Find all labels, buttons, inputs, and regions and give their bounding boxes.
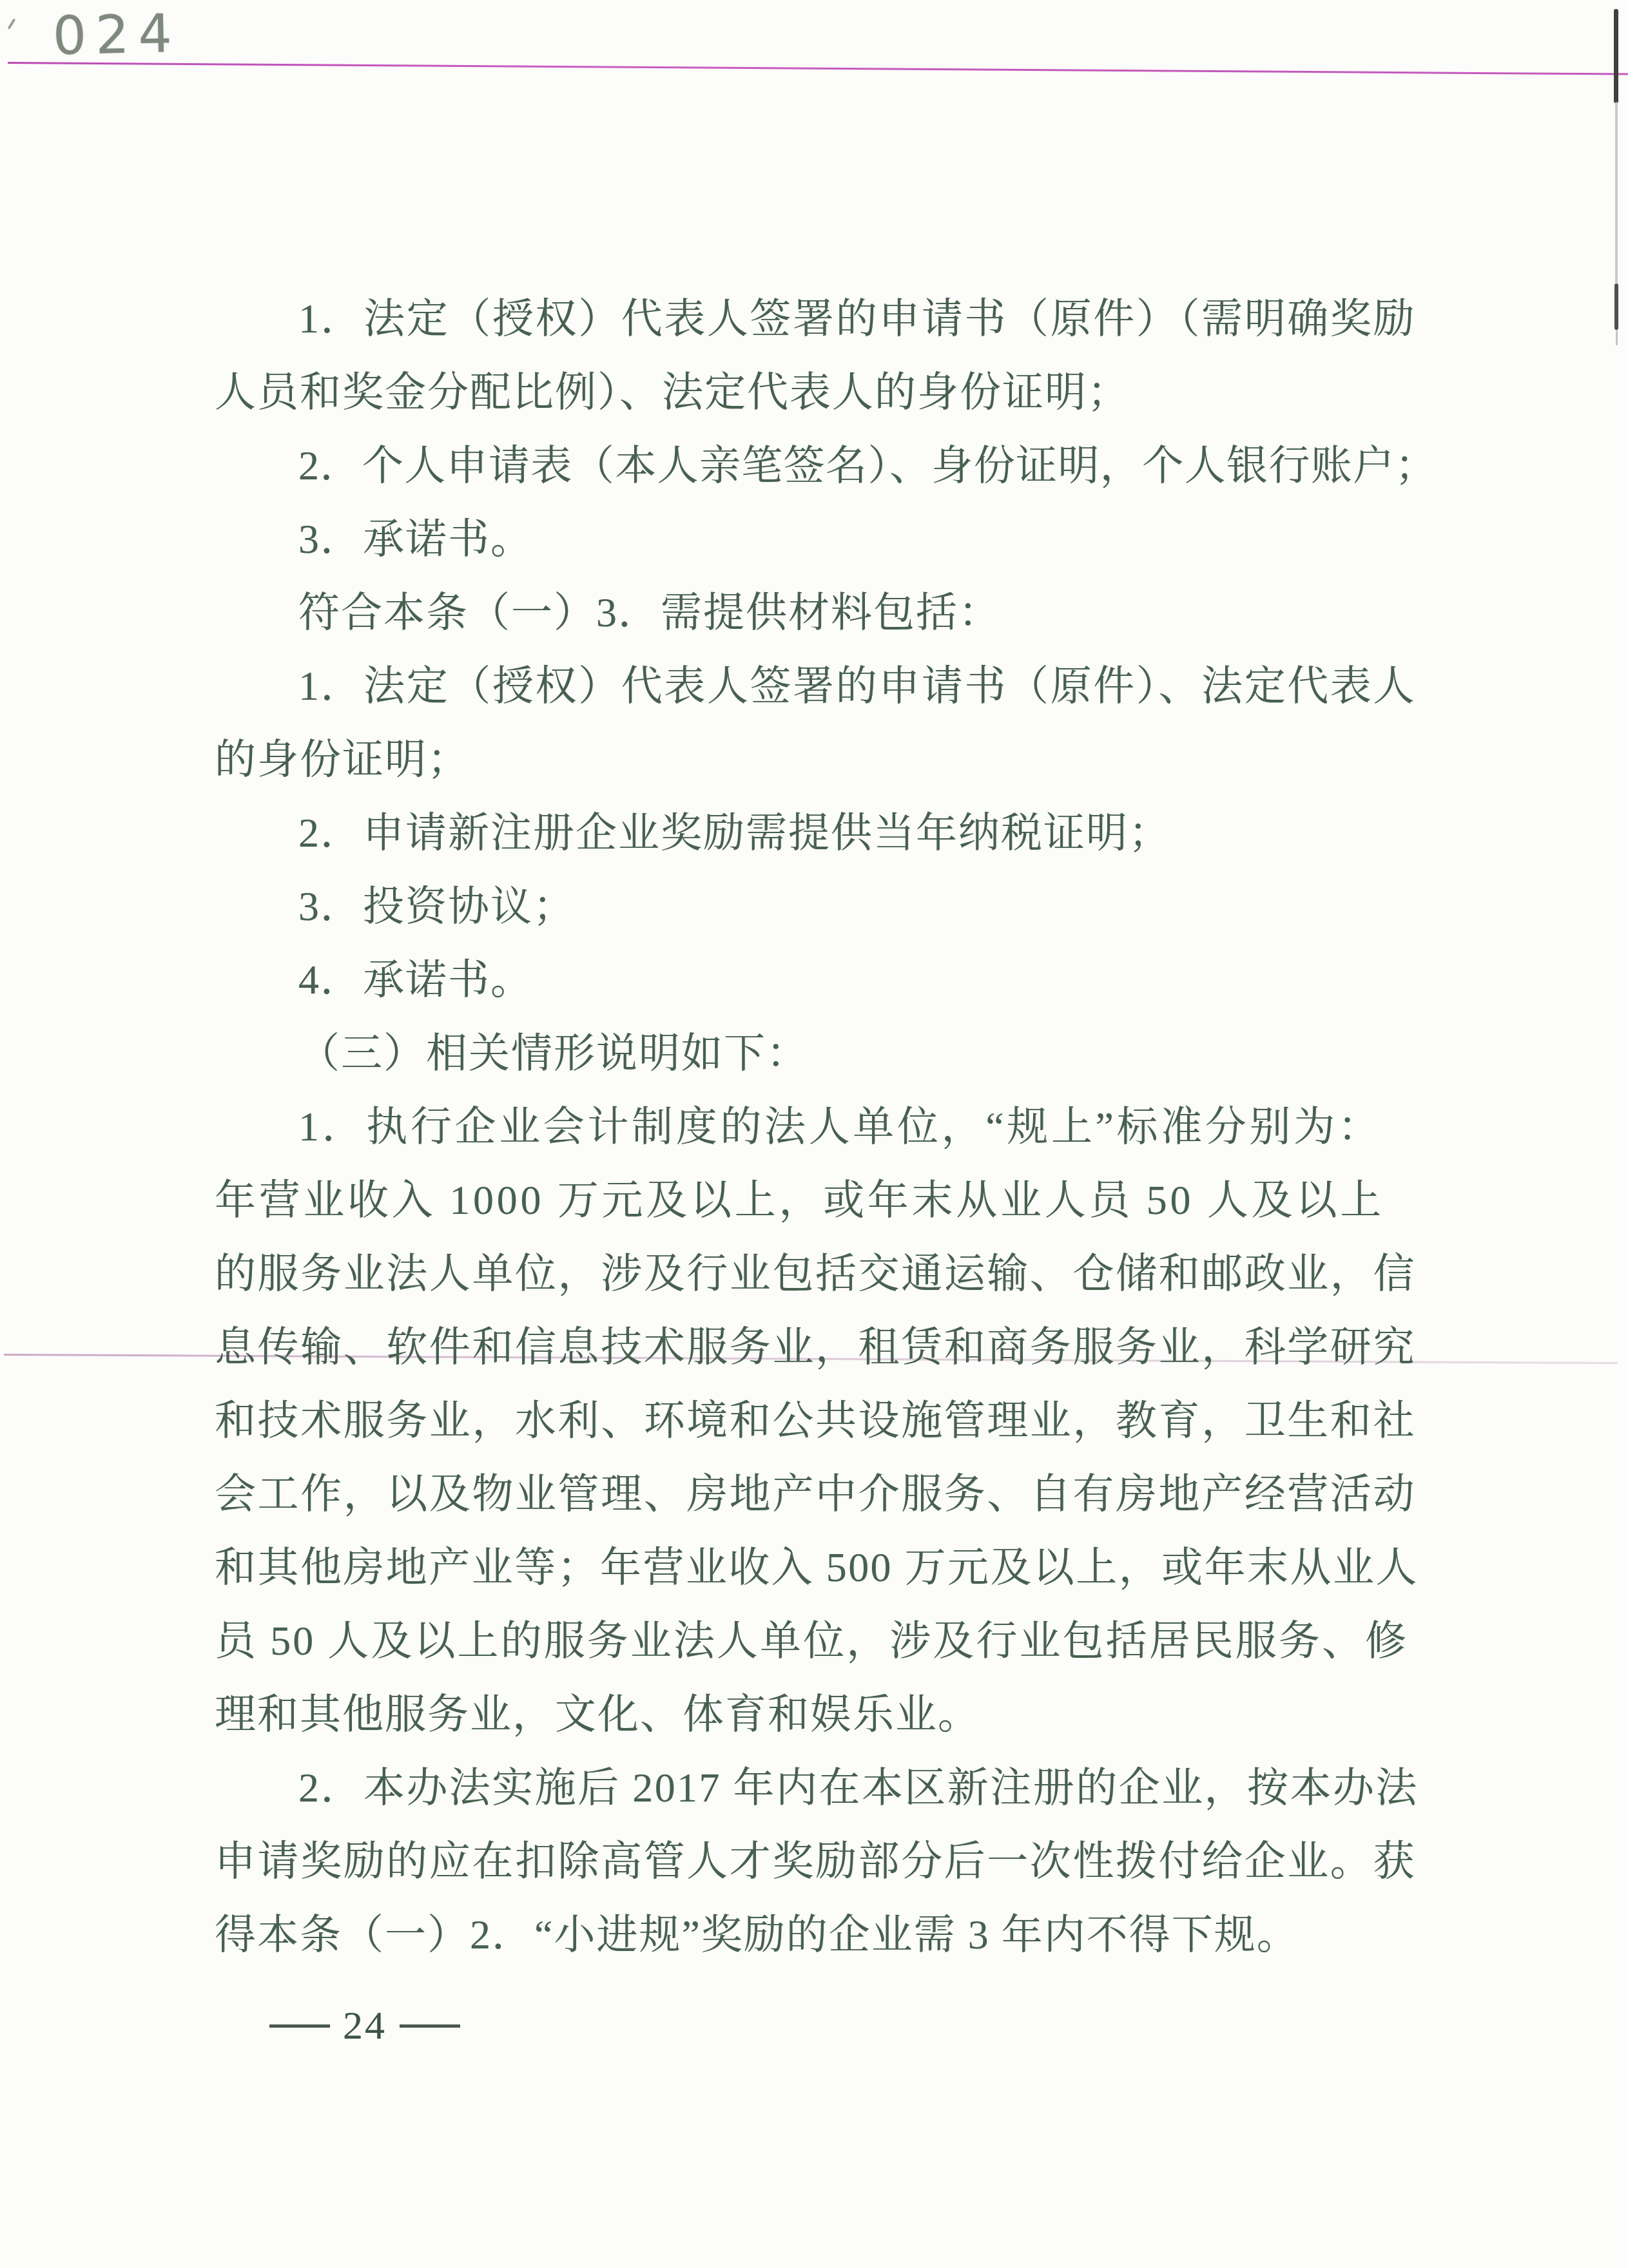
text-line: 人员和奖金分配比例）、法定代表人的身份证明； <box>215 356 1426 429</box>
text-line: 2．本办法实施后 2017 年内在本区新注册的企业，按本办法 <box>215 1751 1426 1825</box>
text-line: 和其他房地产业等；年营业收入 500 万元及以上，或年末从业人 <box>215 1531 1426 1604</box>
text-line: （三）相关情形说明如下： <box>215 1017 1426 1090</box>
text-line: 符合本条（一）3．需提供材料包括： <box>215 576 1426 649</box>
scan-line-top <box>8 62 1628 75</box>
text-line: 和技术服务业，水利、环境和公共设施管理业，教育，卫生和社 <box>215 1384 1426 1457</box>
paper-edge-mark <box>1615 102 1618 283</box>
text-line: 4．承诺书。 <box>215 943 1426 1017</box>
text-line: 会工作，以及物业管理、房地产中介服务、自有房地产经营活动 <box>215 1457 1426 1531</box>
text-line: 得本条（一）2．“小进规”奖励的企业需 3 年内不得下规。 <box>215 1898 1426 1972</box>
page-number-footer: 24 <box>269 1994 460 2058</box>
document-text: 1．法定（授权）代表人签署的申请书（原件）（需明确奖励人员和奖金分配比例）、法定… <box>215 282 1426 1972</box>
text-line: 理和其他服务业，文化、体育和娱乐业。 <box>215 1678 1426 1751</box>
text-line: 的身份证明； <box>215 723 1426 796</box>
text-line: 1．法定（授权）代表人签署的申请书（原件）（需明确奖励 <box>215 282 1426 356</box>
pen-tick-mark <box>8 18 16 29</box>
text-line: 3．投资协议； <box>215 870 1426 943</box>
text-line: 年营业收入 1000 万元及以上，或年末从业人员 50 人及以上 <box>215 1164 1426 1237</box>
text-line: 申请奖励的应在扣除高管人才奖励部分后一次性拨付给企业。获 <box>215 1825 1426 1898</box>
paper-edge-mark <box>1614 9 1618 103</box>
text-line: 2．申请新注册企业奖励需提供当年纳税证明； <box>215 796 1426 870</box>
text-line: 1．执行企业会计制度的法人单位，“规上”标准分别为： <box>215 1090 1426 1164</box>
text-line: 3．承诺书。 <box>215 503 1426 576</box>
paper-edge-mark <box>1614 283 1618 330</box>
footer-dash-left <box>269 2024 330 2028</box>
text-line: 1．法定（授权）代表人签署的申请书（原件）、法定代表人 <box>215 649 1426 723</box>
paper-edge-mark <box>1616 330 1618 345</box>
text-line: 2．个人申请表（本人亲笔签名）、身份证明，个人银行账户； <box>215 429 1426 503</box>
folio-number-stamp: 024 <box>52 8 181 63</box>
text-line: 员 50 人及以上的服务业法人单位，涉及行业包括居民服务、修 <box>215 1604 1426 1678</box>
text-line: 的服务业法人单位，涉及行业包括交通运输、仓储和邮政业，信 <box>215 1237 1426 1311</box>
text-line: 息传输、软件和信息技术服务业，租赁和商务服务业，科学研究 <box>215 1311 1426 1384</box>
scanned-document-page: 024 1．法定（授权）代表人签署的申请书（原件）（需明确奖励人员和奖金分配比例… <box>0 0 1628 2268</box>
footer-dash-right <box>400 2024 460 2028</box>
page-number: 24 <box>343 1994 387 2058</box>
